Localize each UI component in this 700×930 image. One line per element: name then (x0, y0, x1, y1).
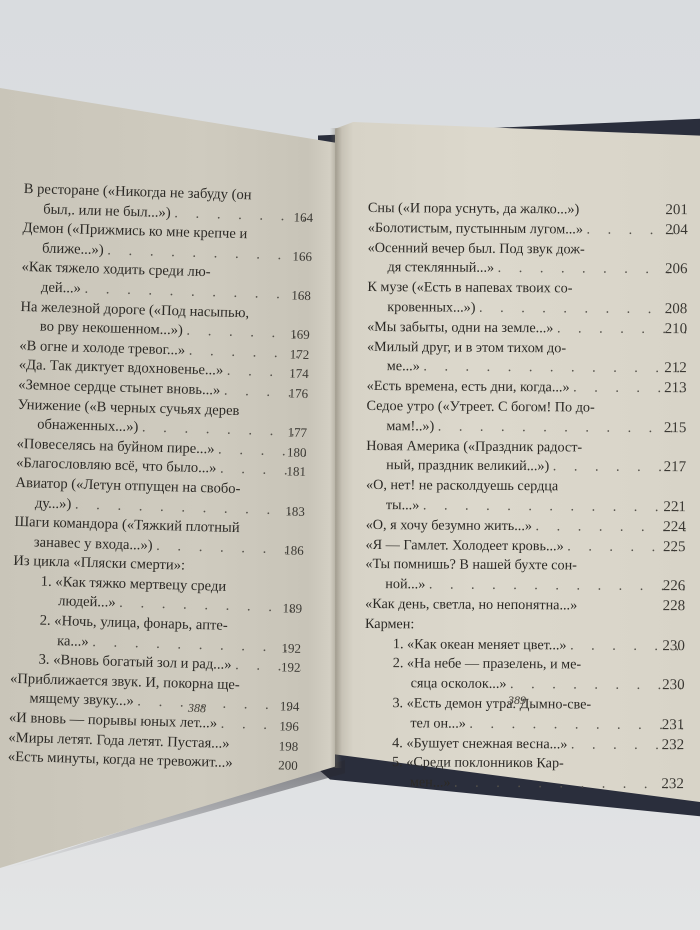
toc-entry-text: «Есть времена, есть дни, когда...» (367, 378, 570, 395)
toc-page-number: 210 (665, 320, 688, 340)
toc-entry-text: мам!..») (386, 418, 434, 434)
toc-page-number: 176 (288, 383, 308, 403)
toc-entry-text: сяца осколок...» (411, 675, 507, 692)
toc-entry-text: 2. «Ночь, улица, фонарь, апте- (39, 613, 227, 634)
toc-page-number: 200 (278, 756, 298, 776)
dot-leader: . . . . . . . . . . . . . . . . (438, 418, 687, 436)
toc-entry-text: мен...» (410, 774, 451, 790)
toc-page-number: 226 (663, 577, 686, 597)
toc-page-number: 180 (287, 442, 307, 462)
toc-entry-text: 1. «Как океан меняет цвет...» (393, 636, 567, 653)
toc-entry: «О, я хочу безумно жить...» . . . . . . … (366, 516, 686, 538)
toc-page-number: 192 (281, 638, 301, 658)
toc-entry-text: «Да. Так диктует вдохновенье...» (19, 357, 224, 379)
dot-leader: . . . . . . . . . . . . . . . . (454, 775, 684, 793)
dot-leader: . . . . . . . . . . . . . . . . (423, 497, 686, 515)
dot-leader: . . . . . . . . . . . . . . . . (423, 359, 687, 377)
toc-page-number: 232 (662, 736, 685, 756)
toc-entry-text: людей...» (58, 594, 116, 612)
toc-entry-line: 1. «Как океан меняет цвет...» . . . . . … (365, 635, 685, 657)
toc-page-number: 228 (663, 597, 686, 617)
toc-entry-line: ной...» . . . . . . . . . . . . . . . . (365, 575, 685, 597)
dot-leader: . . . . . . . . . . . . . . . . (429, 577, 686, 595)
toc-entry: 4. «Бушует снежная весна...» . . . . . .… (364, 734, 684, 756)
toc-page-number: 230 (662, 676, 685, 696)
toc-entry-line: «Есть времена, есть дни, когда...» . . .… (367, 377, 687, 399)
toc-entry-line: «Осенний вечер был. Под звук дож- (368, 239, 688, 261)
toc-entry-text: кровенных...») (387, 299, 475, 316)
toc-entry-text: К музе («Есть в напевах твоих со- (367, 279, 572, 296)
toc-page-number: 225 (663, 538, 686, 558)
toc-page-number: 183 (285, 501, 305, 521)
toc-entry: 2. «На небе — празелень, и ме-сяца оскол… (365, 654, 685, 696)
toc-entry-text: обнаженных...») (37, 417, 139, 436)
toc-entry-text: ной...» (385, 576, 425, 592)
toc-entry-text: «Благословляю всё, что было...» (16, 455, 217, 477)
toc-page-number: 215 (664, 419, 687, 439)
toc-entry-text: «Осенний вечер был. Под звук дож- (368, 240, 585, 258)
toc-entry: Седое утро («Утреет. С богом! По до-мам!… (366, 397, 686, 439)
book-photo-scene: В ресторане («Никогда не забуду (онбыл,.… (0, 0, 700, 930)
toc-entry: «Болотистым, пустынным лугом...» . . . .… (368, 219, 688, 241)
toc-page-number: 186 (284, 540, 304, 560)
toc-entry-line: тел он...» . . . . . . . . . . . . . . .… (364, 714, 684, 736)
toc-entry-text: Седое утро («Утреет. С богом! По до- (366, 398, 594, 416)
toc-entry: «Я — Гамлет. Холодеет кровь...» . . . . … (366, 536, 686, 558)
toc-entry-text: тел он...» (410, 715, 466, 731)
toc-entry-line: К музе («Есть в напевах твоих со- (367, 278, 687, 300)
toc-page-number: 177 (287, 423, 307, 443)
toc-entry-line: мам!..») . . . . . . . . . . . . . . . . (366, 417, 686, 439)
toc-entry-text: ближе...») (42, 240, 104, 258)
toc-entry-text: ный, праздник великий...») (386, 457, 549, 474)
toc-entry-text: «Как тяжело ходить среди лю- (21, 259, 210, 280)
toc-entry: «Есть времена, есть дни, когда...» . . .… (367, 377, 687, 399)
toc-page-number: 201 (665, 201, 688, 221)
toc-page-number: 231 (662, 716, 685, 736)
toc-entry-text: «В огне и холоде тревог...» (19, 338, 185, 359)
table-of-contents-left: В ресторане («Никогда не забуду (онбыл,.… (8, 180, 314, 776)
dot-leader: . . . . . . . . . . . . . . . . (479, 300, 687, 318)
page-number-right: 389 (508, 693, 526, 708)
toc-entry-line: мен...» . . . . . . . . . . . . . . . . (364, 773, 684, 795)
toc-page-number: 168 (291, 285, 311, 305)
toc-entry-text: Новая Америка («Праздник радост- (366, 438, 582, 456)
toc-entry-line: Сны («И пора уснуть, да жалко...») (368, 199, 688, 221)
toc-entry-line: «Болотистым, пустынным лугом...» . . . .… (368, 219, 688, 241)
toc-entry-line: «Ты помнишь? В нашей бухте сон- (365, 555, 685, 577)
toc-entry-text: 2. «На небе — празелень, и ме- (393, 656, 582, 673)
toc-entry: «Осенний вечер был. Под звук дож-дя стек… (367, 239, 687, 281)
toc-entry-text: «Болотистым, пустынным лугом...» (368, 220, 583, 238)
toc-entry-text: мящему звуку...» (29, 691, 134, 710)
toc-page-number: 196 (279, 716, 299, 736)
toc-entry-line: Седое утро («Утреет. С богом! По до- (366, 397, 686, 419)
toc-entry-line: дя стеклянный...» . . . . . . . . . . . … (367, 258, 687, 280)
toc-entry-line: ный, праздник великий...») . . . . . . .… (366, 456, 686, 478)
toc-page-number: 169 (290, 325, 310, 345)
toc-entry-text: «О, нет! не расколдуешь сердца (366, 477, 558, 494)
toc-entry-text: 5. «Среди поклонников Кар- (392, 754, 564, 771)
toc-page-number: 206 (665, 260, 688, 280)
toc-page-number: 174 (289, 364, 309, 384)
toc-entry-line: «Как день, светла, но непонятна...» (365, 595, 685, 617)
dot-leader: . . . . . . . . . . . . . . . . (498, 260, 688, 278)
toc-entry-text: был,. или не был...») (43, 201, 171, 221)
toc-entry-text: «Милый друг, и в этом тихом до- (367, 339, 566, 356)
toc-entry-text: дя стеклянный...» (387, 260, 494, 277)
toc-entry: 1. «Как океан меняет цвет...» . . . . . … (365, 635, 685, 657)
toc-entry-text: дей...» (41, 279, 81, 296)
toc-entry: «О, нет! не расколдуешь сердцаты...» . .… (366, 476, 686, 518)
toc-page-number: 192 (281, 658, 301, 678)
toc-entry-line: ме...» . . . . . . . . . . . . . . . . (367, 357, 687, 379)
toc-entry-text: «О, я хочу безумно жить...» (366, 517, 532, 534)
toc-page-number: 194 (280, 697, 300, 717)
toc-entry: «Мы забыты, одни на земле...» . . . . . … (367, 318, 687, 340)
toc-entry-line: «Мы забыты, одни на земле...» . . . . . … (367, 318, 687, 340)
toc-entry-line: 2. «На небе — празелень, и ме- (365, 654, 685, 676)
dot-leader: . . . . . . . . . . . . . . . . (510, 676, 685, 694)
toc-entry-text: ме...» (387, 359, 420, 375)
toc-page-number: 217 (664, 458, 687, 478)
toc-entry-text: ка...» (57, 633, 89, 650)
toc-page-number: 189 (282, 599, 302, 619)
toc-entry: Новая Америка («Праздник радост-ный, пра… (366, 437, 686, 479)
toc-entry-line: «О, я хочу безумно жить...» . . . . . . … (366, 516, 686, 538)
toc-page-number: 208 (665, 300, 688, 320)
toc-page-number: 212 (664, 359, 687, 379)
toc-entry-text: 3. «Вновь богатый зол и рад...» (38, 652, 231, 673)
toc-entry-text: занавес у входа...») (34, 534, 153, 553)
toc-page-number: 213 (664, 379, 687, 399)
toc-entry-text: «Мы забыты, одни на земле...» (367, 319, 553, 336)
toc-entry: 5. «Среди поклонников Кар-мен...» . . . … (364, 753, 684, 795)
toc-entry-text: «Повеселясь на буйном пире...» (16, 436, 214, 458)
toc-entry-text: во рву некошенном...») (40, 319, 183, 339)
toc-entry: К музе («Есть в напевах твоих со-кровенн… (367, 278, 687, 320)
toc-entry-text: Сны («И пора уснуть, да жалко...») (368, 200, 579, 217)
dot-leader: . . . . . . . . . . . . . . . . (469, 715, 684, 733)
toc-entry-text: «Я — Гамлет. Холодеет кровь...» (366, 537, 564, 554)
toc-entry-line: «О, нет! не расколдуешь сердца (366, 476, 686, 498)
toc-entry: Сны («И пора уснуть, да жалко...»)201 (368, 199, 688, 221)
toc-page-number: 198 (279, 736, 299, 756)
toc-entry-line: 5. «Среди поклонников Кар- (364, 753, 684, 775)
toc-page-number: 181 (286, 462, 306, 482)
toc-page-number: 230 (662, 637, 685, 657)
toc-entry-line: 4. «Бушует снежная весна...» . . . . . .… (364, 734, 684, 756)
toc-page-number: 204 (665, 221, 688, 241)
toc-page-number: 164 (293, 207, 313, 227)
toc-entry-text: 1. «Как тяжко мертвецу среди (41, 574, 227, 595)
toc-entry-text: 3. «Есть демон утра. Дымно-све- (392, 695, 591, 712)
toc-page-number: 221 (663, 498, 686, 518)
toc-entry: Кармен: (365, 615, 685, 637)
toc-entry-text: «Ты помнишь? В нашей бухте сон- (365, 556, 577, 573)
toc-entry-line: ты...» . . . . . . . . . . . . . . . . (366, 496, 686, 518)
page-number-left: 388 (188, 701, 206, 716)
toc-entry-text: ду...») (35, 495, 72, 512)
toc-entry-line: «Милый друг, и в этом тихом до- (367, 338, 687, 360)
toc-entry-text: ты...» (386, 497, 420, 513)
toc-entry-line: Кармен: (365, 615, 685, 637)
toc-entry-text: 4. «Бушует снежная весна...» (392, 735, 567, 752)
toc-entry-line: кровенных...») . . . . . . . . . . . . .… (367, 298, 687, 320)
toc-entry: «Милый друг, и в этом тихом до-ме...» . … (367, 338, 687, 380)
toc-entry-text: Из цикла «Пляски смерти»: (13, 553, 185, 574)
toc-entry-line: «Я — Гамлет. Холодеет кровь...» . . . . … (366, 536, 686, 558)
toc-entry-text: Кармен: (365, 616, 414, 632)
toc-entry-text: «Земное сердце стынет вновь...» (18, 377, 220, 399)
toc-page-number: 224 (663, 518, 686, 538)
toc-entry: «Как день, светла, но непонятна...»228 (365, 595, 685, 617)
book-gutter (330, 128, 342, 768)
toc-page-number: 232 (661, 775, 684, 795)
toc-entry-line: Новая Америка («Праздник радост- (366, 437, 686, 459)
toc-entry: «Ты помнишь? В нашей бухте сон-ной...» .… (365, 555, 685, 597)
toc-entry-text: «Как день, светла, но непонятна...» (365, 596, 577, 613)
toc-page-number: 166 (292, 246, 312, 266)
toc-page-number: 172 (289, 344, 309, 364)
